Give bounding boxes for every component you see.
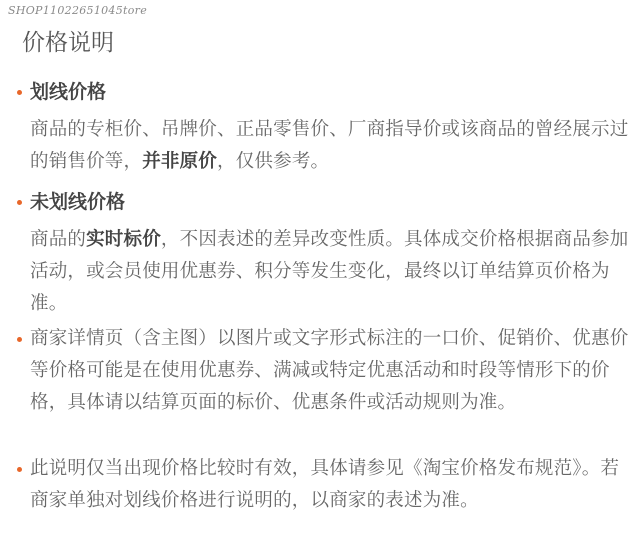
watermark: SHOP11022651045tore	[8, 4, 147, 17]
bullet-icon	[17, 337, 22, 342]
item-title: 未划线价格	[30, 190, 630, 214]
item-body: 商品的实时标价，不因表述的差异改变性质。具体成交价格根据商品参加活动，或会员使用…	[30, 224, 630, 320]
list-item-validity: 此说明仅当出现价格比较时有效，具体请参见《淘宝价格发布规范》。若商家单独对划线价…	[30, 453, 630, 517]
list-item-strikethrough-price: 划线价格 商品的专柜价、吊牌价、正品零售价、厂商指导价或该商品的曾经展示过的销售…	[30, 80, 630, 178]
body-text: ，仅供参考。	[217, 151, 329, 172]
list-item-merchant-detail: 商家详情页（含主图）以图片或文字形式标注的一口价、促销价、优惠价等价格可能是在使…	[30, 323, 630, 419]
body-emphasis: 并非原价	[142, 151, 217, 172]
bullet-icon	[17, 200, 22, 205]
bullet-icon	[17, 467, 22, 472]
item-body: 此说明仅当出现价格比较时有效，具体请参见《淘宝价格发布规范》。若商家单独对划线价…	[30, 453, 630, 517]
item-title: 划线价格	[30, 80, 630, 104]
list-item-non-strikethrough-price: 未划线价格 商品的实时标价，不因表述的差异改变性质。具体成交价格根据商品参加活动…	[30, 190, 630, 320]
page-title: 价格说明	[22, 24, 114, 57]
body-emphasis: 实时标价	[86, 229, 161, 250]
item-body: 商品的专柜价、吊牌价、正品零售价、厂商指导价或该商品的曾经展示过的销售价等，并非…	[30, 114, 630, 178]
item-body: 商家详情页（含主图）以图片或文字形式标注的一口价、促销价、优惠价等价格可能是在使…	[30, 323, 630, 419]
bullet-icon	[17, 90, 22, 95]
body-text: 商品的	[30, 229, 86, 250]
